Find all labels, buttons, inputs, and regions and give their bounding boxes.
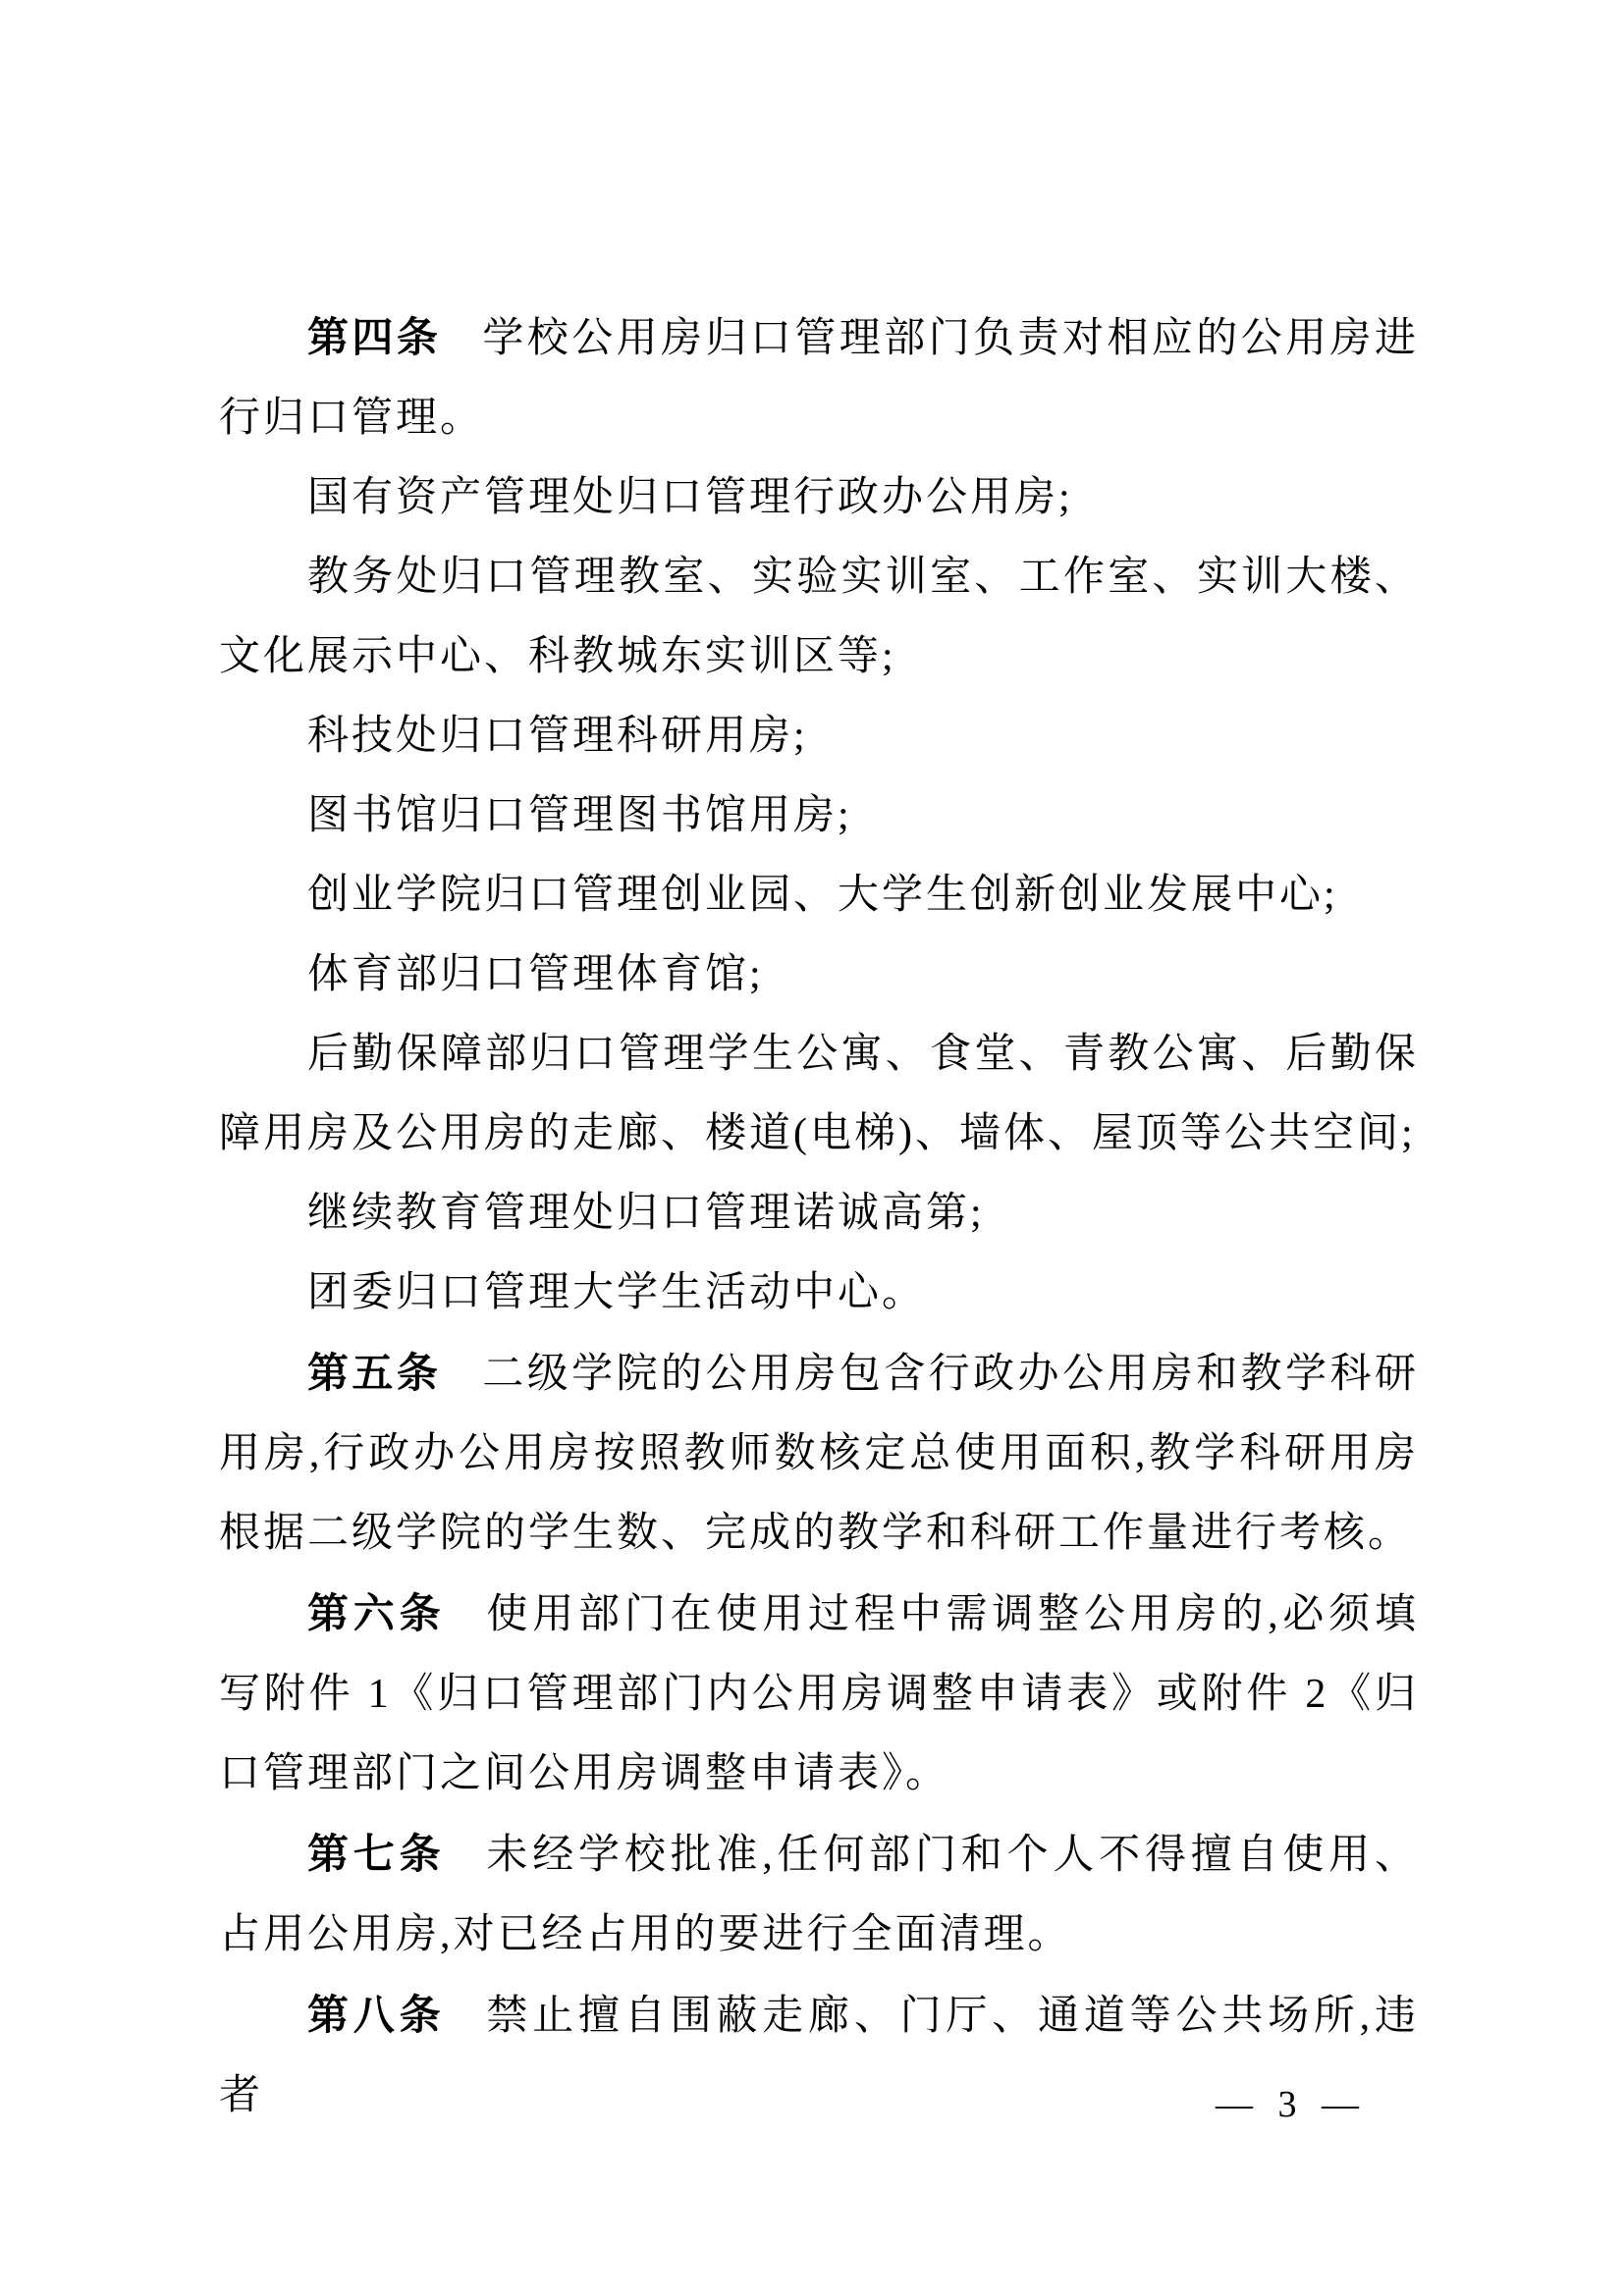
document-page: 第四条学校公用房归口管理部门负责对相应的公用房进行归口管理。国有资产管理处归口管… bbox=[0, 0, 1624, 2296]
paragraph: 体育部归口管理体育馆; bbox=[219, 935, 1419, 1015]
paragraph-text: 图书馆归口管理图书馆用房; bbox=[307, 793, 852, 838]
paragraph: 团委归口管理大学生活动中心。 bbox=[219, 1254, 1419, 1333]
paragraph-text: 继续教育管理处归口管理诺诚高第; bbox=[307, 1191, 985, 1236]
paragraph: 国有资产管理处归口管理行政办公用房; bbox=[219, 458, 1419, 538]
paragraph: 科技处归口管理科研用房; bbox=[219, 697, 1419, 776]
article-heading: 第四条 bbox=[307, 314, 441, 360]
paragraph: 图书馆归口管理图书馆用房; bbox=[219, 776, 1419, 856]
paragraph: 第六条使用部门在使用过程中需调整公用房的,必须填写附件 1《归口管理部门内公用房… bbox=[219, 1574, 1419, 1814]
paragraph: 后勤保障部归口管理学生公寓、食堂、青教公寓、后勤保障用房及公用房的走廊、楼道(电… bbox=[219, 1015, 1419, 1174]
article-heading: 第五条 bbox=[307, 1350, 441, 1396]
paragraph-text: 教务处归口管理教室、实验实训室、工作室、实训大楼、文化展示中心、科教城东实训区等… bbox=[219, 555, 1419, 679]
paragraph: 第四条学校公用房归口管理部门负责对相应的公用房进行归口管理。 bbox=[219, 297, 1419, 458]
paragraph-text: 创业学院归口管理创业园、大学生创新创业发展中心; bbox=[307, 873, 1338, 918]
page-footer: — 3 — bbox=[1216, 2083, 1367, 2126]
paragraph-text: 体育部归口管理体育馆; bbox=[307, 952, 764, 997]
paragraph-text: 后勤保障部归口管理学生公寓、食堂、青教公寓、后勤保障用房及公用房的走廊、楼道(电… bbox=[219, 1032, 1419, 1156]
paragraph-text: 国有资产管理处归口管理行政办公用房; bbox=[307, 475, 1073, 520]
document-body: 第四条学校公用房归口管理部门负责对相应的公用房进行归口管理。国有资产管理处归口管… bbox=[219, 297, 1419, 2136]
page-number-label: — 3 — bbox=[1216, 2084, 1367, 2125]
paragraph: 创业学院归口管理创业园、大学生创新创业发展中心; bbox=[219, 856, 1419, 935]
paragraph-text: 团委归口管理大学生活动中心。 bbox=[307, 1270, 926, 1315]
paragraph: 继续教育管理处归口管理诺诚高第; bbox=[219, 1174, 1419, 1254]
article-heading: 第八条 bbox=[307, 1992, 445, 2038]
paragraph: 第七条未经学校批准,任何部门和个人不得擅自使用、占用公用房,对已经占用的要进行全… bbox=[219, 1814, 1419, 1975]
article-heading: 第六条 bbox=[307, 1590, 445, 1636]
paragraph: 第五条二级学院的公用房包含行政办公用房和教学科研用房,行政办公用房按照教师数核定… bbox=[219, 1333, 1419, 1574]
article-heading: 第七条 bbox=[307, 1831, 445, 1877]
paragraph-text: 科技处归口管理科研用房; bbox=[307, 714, 808, 759]
paragraph: 教务处归口管理教室、实验实训室、工作室、实训大楼、文化展示中心、科教城东实训区等… bbox=[219, 538, 1419, 697]
